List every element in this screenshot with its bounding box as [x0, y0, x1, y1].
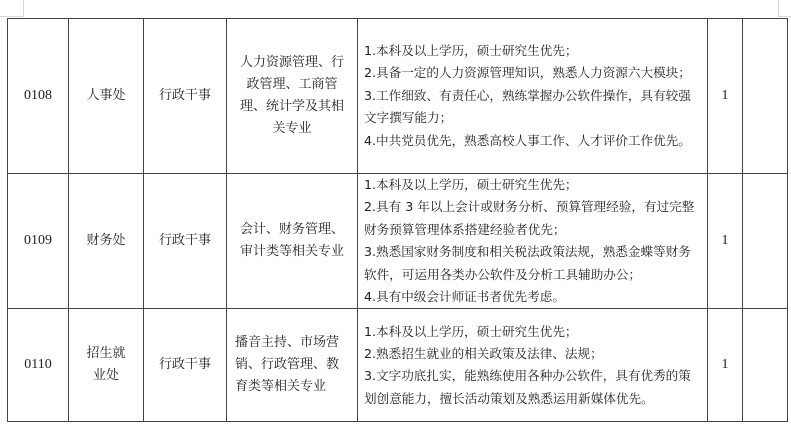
requirement-item: 2.具有 3 年以上会计或财务分析、预算管理经验，有过完整财务预算管理体系搭建经… [364, 196, 701, 241]
requirement-item: 1.本科及以上学历，硕士研究生优先； [364, 174, 701, 196]
major-requirement: 播音主持、市场营销、行政管理、教育类等相关专业 [227, 309, 358, 422]
headcount: 1 [708, 309, 743, 422]
department: 财务处 [69, 174, 144, 309]
table-row: 0110 招生就业处 行政干事 播音主持、市场营销、行政管理、教育类等相关专业 … [8, 309, 788, 422]
page-corner-mark-right [778, 0, 791, 17]
major-requirement: 人力资源管理、行政管理、工商管理、统计学及其相关专业 [227, 19, 358, 174]
headcount: 1 [708, 19, 743, 174]
headcount: 1 [708, 174, 743, 309]
requirement-item: 2.熟悉招生就业的相关政策及法律、法规； [364, 343, 701, 365]
requirement-item: 2.具备一定的人力资源管理知识，熟悉人力资源六大模块； [364, 62, 701, 84]
requirement-item: 3.熟悉国家财务制度和相关税法政策法规，熟悉金蝶等财务软件，可运用各类办公软件及… [364, 241, 701, 286]
remark [743, 19, 788, 174]
requirement-item: 3.文字功底扎实，能熟练使用各种办公软件，具有优秀的策划创意能力，擅长活动策划及… [364, 365, 701, 410]
job-requirements: 1.本科及以上学历，硕士研究生优先； 2.具有 3 年以上会计或财务分析、预算管… [358, 174, 708, 309]
department: 人事处 [69, 19, 144, 174]
requirement-item: 1.本科及以上学历，硕士研究生优先； [364, 321, 701, 343]
position-title: 行政干事 [144, 174, 227, 309]
job-requirements: 1.本科及以上学历，硕士研究生优先； 2.具备一定的人力资源管理知识，熟悉人力资… [358, 19, 708, 174]
position-code: 0108 [8, 19, 69, 174]
position-title: 行政干事 [144, 19, 227, 174]
position-title: 行政干事 [144, 309, 227, 422]
table-row: 0109 财务处 行政干事 会计、财务管理、审计类等相关专业 1.本科及以上学历… [8, 174, 788, 309]
remark [743, 309, 788, 422]
recruitment-table: 0108 人事处 行政干事 人力资源管理、行政管理、工商管理、统计学及其相关专业… [7, 18, 788, 422]
department: 招生就业处 [69, 309, 144, 422]
major-requirement: 会计、财务管理、审计类等相关专业 [227, 174, 358, 309]
table-row: 0108 人事处 行政干事 人力资源管理、行政管理、工商管理、统计学及其相关专业… [8, 19, 788, 174]
remark [743, 174, 788, 309]
position-code: 0110 [8, 309, 69, 422]
requirement-item: 4.具有中级会计师证书者优先考虑。 [364, 286, 701, 308]
requirement-item: 3.工作细致、有责任心，熟练掌握办公软件操作，具有较强文字撰写能力； [364, 85, 701, 130]
requirement-item: 1.本科及以上学历，硕士研究生优先； [364, 40, 701, 62]
job-requirements: 1.本科及以上学历，硕士研究生优先； 2.熟悉招生就业的相关政策及法律、法规； … [358, 309, 708, 422]
position-code: 0109 [8, 174, 69, 309]
requirement-item: 4.中共党员优先，熟悉高校人事工作、人才评价工作优先。 [364, 130, 701, 152]
page-corner-mark-left [0, 0, 24, 17]
